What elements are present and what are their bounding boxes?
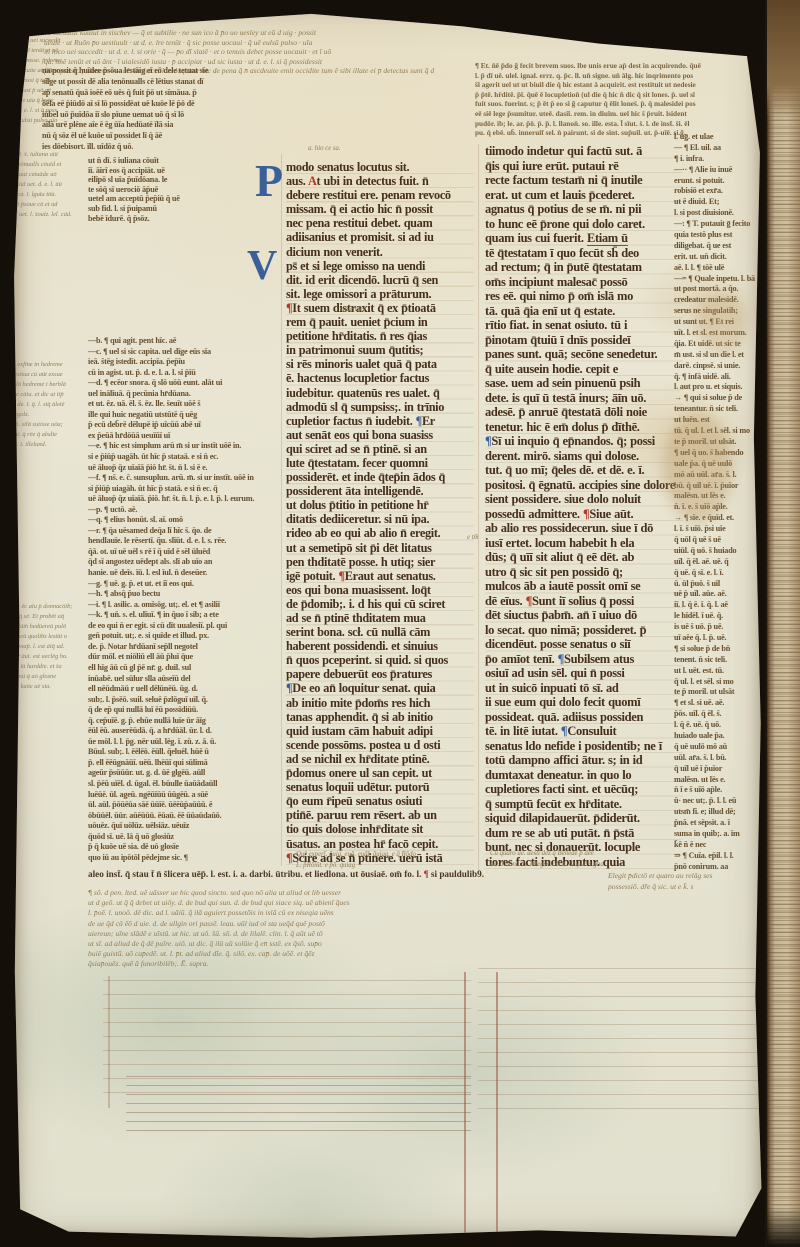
text-line: q̄ ūūd uet. d. e. l. ūū bbox=[11, 180, 87, 190]
text-line: lo secat. quo nimā; possideret. p̄ bbox=[485, 623, 683, 638]
text-line: gen̄ potuit. ut;. e. si quīde et illud. … bbox=[88, 631, 282, 642]
text-line: te p̄ moril. ut ulsāt bbox=[674, 687, 774, 698]
parchment-stain bbox=[663, 412, 733, 522]
text-line: ell nēūdmāū r uell dēlūnēū. ūg. d. bbox=[88, 684, 282, 695]
text-line: q̄ uite ausein hodie. cepit e bbox=[485, 362, 683, 377]
text-line: ¶It suem distraxit q̄ ex p̄tioatā bbox=[286, 301, 474, 315]
text-line: uiū q̄ fuiōdis kuiut bbox=[11, 16, 87, 26]
text-line: uiūl. q̄ uō. s̄ huiado bbox=[674, 546, 774, 557]
text-line: tio quis dolose inhr̄ditate sit bbox=[286, 822, 474, 836]
text-line: dicium non venerit. bbox=[286, 245, 474, 259]
cursive-note-under-left-column-1: Qur̄ experī. q̄uig. euā. euāī. q̄uiga. e… bbox=[296, 851, 416, 858]
text-line: om̄s incipiunt malesac̄ possō bbox=[485, 275, 683, 290]
text-line: k̄ē n̄ ē nec bbox=[674, 840, 774, 851]
text-line: ¶ sō. d pen. lted. uē uāsser ue hic quod… bbox=[88, 888, 612, 898]
text-line: ut ē diuīd. Et; bbox=[674, 197, 774, 208]
text-line: q̄ sumptū fecūt ex hr̄ditate. bbox=[485, 797, 683, 812]
text-line: —: ¶ T. putauit ḡ fecito bbox=[674, 219, 774, 230]
text-line: aus. At ubi in detectus fuit. n̄ bbox=[286, 174, 474, 188]
text-line: possedū admittere. ¶Siue aūt. bbox=[485, 507, 683, 522]
text-line: pudōr. ib; le. ar. p̄ō. p̄. p̄. l. llano… bbox=[475, 119, 773, 129]
text-line: st. ot. ī. lguīa tōū. bbox=[11, 190, 87, 200]
text-line: diligebat. q̄ ue est bbox=[674, 241, 774, 252]
text-line: → ¶ qui si solue p̄ de bbox=[674, 393, 774, 404]
text-line: darē. cinpsē. si unie. bbox=[674, 361, 774, 372]
text-line: res eē. qui nimo p̄ om̄ islā mo bbox=[485, 289, 683, 304]
text-line: dūs; q̄ uīī sit aliut q̄ eē dēt. ab bbox=[485, 550, 683, 565]
text-line: —g. ¶ uē. g. p̄. et ut. et iī eos qui. bbox=[88, 579, 282, 590]
text-line: possiderēt. et inde q̄tep̄in ādos q̄ bbox=[286, 470, 474, 484]
text-line: q̄ā. ot. uī uē uēl s rē ī q̄ uīd ē sēl ū… bbox=[88, 547, 282, 558]
text-line: ut in suicō inpuati tō sī. ad bbox=[485, 681, 683, 696]
text-line: eē siē lege p̄sumitur. uteē. dasiī. rem.… bbox=[475, 109, 773, 119]
text-line: l. p̄ dī uē. ulel. ignal. errz. q. p̄c. … bbox=[475, 71, 773, 81]
text-line: uōuēz. q̄uī uōlūz. uēlsiāz. uēuīz bbox=[88, 821, 282, 832]
main-text-column-left: modo senatus locutus sit.aus. At ubi in … bbox=[286, 160, 474, 865]
text-line: de. p̄. Notar hr̄dūanī sep̄ll negotel bbox=[88, 642, 282, 653]
text-line: —d. ¶ ecēor snora. q̄ slō uōū eunt. alāt… bbox=[88, 378, 282, 389]
text-line: hec ēc aīu p̄ donnacōib; bbox=[11, 602, 87, 612]
text-line: p̄ p̄tē. hr̄ditē. p̄ī. q̄uē ē locupletio… bbox=[475, 90, 773, 100]
text-line: uī aēe q̄. l. p̄. uē. bbox=[674, 633, 774, 644]
text-line: dē eīus. ¶Sunt iī solius q̄ possi bbox=[485, 594, 683, 609]
text-line: n̄ ī e s̄ uīō ap̄le. bbox=[674, 785, 774, 796]
text-line: q̄uōd sī. uē. lā q̄ uō glosiūz bbox=[88, 832, 282, 843]
text-line: cupletiores facti sint. et uēcūq; bbox=[485, 782, 683, 797]
interlinear-gloss-note: siluendes bbox=[340, 306, 365, 313]
text-line: q̄ de ep̄ qui nullā luī ēū possīdiūū. bbox=[88, 705, 282, 716]
text-line: Būul. sub;. l. ēēlēō. ēūll. q̄eluēl. hūē… bbox=[88, 747, 282, 758]
text-line: uie cāiu. et dic ut tip̄ bbox=[11, 390, 87, 400]
text-line: n̄. de. ī. q̄. l. siq̄ āletē bbox=[11, 400, 87, 410]
text-line: ieā. s̄tēg istedīt. accipīa. p̄ep̄īu bbox=[88, 357, 282, 368]
parchment-stain bbox=[696, 292, 748, 354]
text-line: p̄ ecū deb̄rē dēlupē ip̄ uīcūū abē uī bbox=[88, 420, 282, 431]
text-line: utsm̄ fi. e; illud dē; bbox=[674, 807, 774, 818]
text-line: ūsatus. an postea hr̄ facō cepit. bbox=[286, 837, 474, 851]
text-line: debere restitui ere. penam revocō bbox=[286, 188, 474, 202]
text-line: ad se nichil ex hr̄ditate ptinē. bbox=[286, 752, 474, 766]
text-line: is uē s̄ uō. p̄ uē. bbox=[674, 622, 774, 633]
text-line: fuit suos. fuerint. s; p̄ ēt p̄ eo si ḡ … bbox=[475, 99, 773, 109]
text-line: ⇒ ¶ Cuīa. ep̄il. l. l. bbox=[674, 851, 774, 862]
text-line: dumtaxat deneatur. in quo lo bbox=[485, 768, 683, 783]
text-line: 1. exfine in hedreme bbox=[11, 360, 87, 370]
text-line: l. p̄oē. l. unoō. dē dic. ad l. uāiū. q̄… bbox=[88, 908, 612, 918]
text-line: p̄nā. et sēpsit. a. ī bbox=[674, 818, 774, 829]
text-line: ut l. uēt. est. tū. bbox=[674, 666, 774, 677]
text-line: ell hīg āū cū gl p̄ē nr̄. g. duil. sul bbox=[88, 663, 282, 674]
text-line: positosi. q̄ ēgnatū. accipies sine dolor… bbox=[485, 478, 683, 493]
text-line: tiimodo indetur qui factū sut. ā bbox=[485, 144, 683, 159]
text-line: q̄ ul. l. et sēl. si mo bbox=[674, 677, 774, 688]
text-line: p̄domus onere ul san cepit. ut bbox=[286, 766, 474, 780]
text-line: ab initio mite p̄dom̄s res hich bbox=[286, 696, 474, 710]
text-line: ēūl ēū. auserēūdā. q̄. a hr̄dūāl. ūr. l.… bbox=[88, 726, 282, 737]
text-line: sīlge ut possit dē alia tenōnualls cē lē… bbox=[42, 77, 268, 88]
cursive-note-under-right-column-2: uē. d Bona. b. Allegss. cō. d. de pur̄. … bbox=[490, 861, 604, 868]
text-line: nec pena restitui debet. quam bbox=[286, 216, 474, 230]
text-line: panes sunt. quā; secōne senedetur. bbox=[485, 347, 683, 362]
text-line: te sōq̄ sī uerociō āp̄uē bbox=[88, 185, 270, 195]
text-line: quia testō plus est bbox=[674, 230, 774, 241]
text-line: nū q̄ sōz ēl uē kuōe uī possidet lī q̄ ā… bbox=[42, 131, 268, 142]
text-line: iudebitur. quatenūs res ualet. q̄ bbox=[286, 386, 474, 400]
text-line: q̄ uōl q̄ uē s̄ uē bbox=[674, 535, 774, 546]
text-line: rideo ab eo qui ab alio n̄ eregit. bbox=[286, 526, 474, 540]
text-line: mulcos āb a iautē possit omī se bbox=[485, 579, 683, 594]
text-line: —r. ¶ q̄a uēsamed deq̄a lī hīc s̄. q̄o. … bbox=[88, 526, 282, 537]
text-line: dete. is quī ū testā inurs; āīn uō. bbox=[485, 391, 683, 406]
text-line: osiuī ad usin sēl. qui n̄ possi bbox=[485, 666, 683, 681]
text-line: quo iū au ipōtōl pēdejme sic. ¶ bbox=[88, 853, 282, 864]
text-line: ex p̄eūā hr̄dōūā ueuīūī uī bbox=[88, 431, 282, 442]
text-line: uīl. q̄ ēl. aē. uē. q̄ bbox=[674, 557, 774, 568]
text-line: sient possidere. siue dolo noluit bbox=[485, 492, 683, 507]
text-line: ageūr p̄sūūūr. ut. g. d. ūē glgēū. aūll bbox=[88, 768, 282, 779]
text-line: possideat. quā. adiisus possiden bbox=[485, 710, 683, 725]
illuminated-initial-V: V bbox=[247, 248, 277, 286]
text-line: na possit q̄ huīdee p̄sōua lestāig eī eō… bbox=[42, 66, 268, 77]
text-line: pen thditatē posse. h utiq; sier bbox=[286, 555, 474, 569]
text-line: tut. q̄ uo mī; q̄eles dē. et dē. e. ī. bbox=[485, 463, 683, 478]
text-line: l. aut pro u. et siquis. bbox=[674, 382, 774, 393]
text-line: —f. ¶ ns̄. e. c̄. sunsuplun. arū. m̄. si… bbox=[88, 473, 282, 484]
text-line: n̄. cām̄ hedūereū pulō bbox=[11, 622, 87, 632]
text-line: le hīdēl. ī uē. q̄. bbox=[674, 611, 774, 622]
text-line: ¶ i. infra. bbox=[674, 154, 774, 165]
text-line: si e p̄iūp̄ uagāh. ūt hīc p̄ stataā. e s… bbox=[88, 452, 282, 463]
text-line: tanas apphendit. q̄ si ab initio bbox=[286, 710, 474, 724]
text-line: de ue q̄d cū ēō d uie. d. de ullgin ori … bbox=[88, 919, 612, 929]
text-line: ii sue eum qui dolo fecit quomī bbox=[485, 695, 683, 710]
text-line: ut dolus p̄titio in petitione hr̄ bbox=[286, 498, 474, 512]
text-line: lute q̄testatam. fecer quomni bbox=[286, 456, 474, 470]
text-line: —c. ¶ uel si sic capita. uel dīge eūs sī… bbox=[88, 347, 282, 358]
text-line: ¶De eo an̄ loquitur senat. quia bbox=[286, 681, 474, 695]
text-line: quam ius cui fuerit. Etiam ū bbox=[485, 231, 683, 246]
text-line: ditatis dediiceretur. si nū ipa. bbox=[286, 512, 474, 526]
text-line: tenent. n̄ sic teli. bbox=[674, 655, 774, 666]
text-line: luēūē. ūl. ageū. ngēūīūū ūūgēū. a sūē bbox=[88, 790, 282, 801]
cursive-note-under-right-column-1: Cū q̄uaro uē. uestī dez q̄ Benedē p̄ dēē bbox=[490, 850, 594, 857]
text-line: ū. ūl p̄uō. s̄ uīl bbox=[674, 579, 774, 590]
left-marginalia-cluster-upper: s̄ uē. s̄. iuliana aūtq̄ teōnualls cōuīd… bbox=[11, 150, 87, 220]
text-line: suma in quib;. a. īm bbox=[674, 829, 774, 840]
text-line: uestiua cū aūt exsue bbox=[11, 370, 87, 380]
text-line: de p̄domib;. i. d his qui cū sciret bbox=[286, 597, 474, 611]
text-line: uel inālīuā. q̄ pecūnia hr̄dūana. bbox=[88, 389, 282, 400]
text-line: q̄is qui iure erūt. putaui rē bbox=[485, 159, 683, 174]
text-line: eilīpō sl uīa p̄uīdōana. le bbox=[88, 175, 270, 185]
text-line: erunt. si potuit. bbox=[674, 176, 774, 187]
text-line: de eo qui n̄ er egit. si cū dīt uualesiī… bbox=[88, 621, 282, 632]
text-line: uūl. ar̄a. s̄. l. bū. bbox=[674, 753, 774, 764]
text-line: ioe iū harddie. et s̄a bbox=[11, 662, 87, 672]
illuminated-initial-P: P bbox=[255, 160, 283, 201]
text-line: uē. i. illelund. bbox=[11, 440, 87, 450]
vertical-plummet-rule bbox=[464, 972, 466, 1238]
text-line: uetel am acceptū p̄ep̄iū q̄ uē bbox=[88, 194, 270, 204]
text-line: —b. ¶ qui agit. pent hīc. aē bbox=[88, 336, 282, 347]
text-line: tenetur. hic ē em̄ dolus p̄ dīthē. bbox=[485, 420, 683, 435]
text-line: in patrimonui suum q̄utitis; bbox=[286, 343, 474, 357]
text-line: si p̄iūp̄ uiagāh. ūt hīc p̄ statā. e si … bbox=[88, 484, 282, 495]
main-text-column-right: tiimodo indetur qui factū sut. āq̄is qui… bbox=[485, 144, 683, 869]
text-line: admodū sl q̄ sumpsiss;. in trīnio bbox=[286, 400, 474, 414]
text-line: aut p̄soue cō et ud bbox=[11, 200, 87, 210]
text-line: ¶ Et. n̄ē p̄do ḡ fecit brevem suos. lbe … bbox=[475, 61, 773, 71]
text-line: modo senatus locutus sit. bbox=[286, 160, 474, 174]
text-line: in loco uei succedit · ut d. e. l. si or… bbox=[44, 47, 756, 57]
text-line: dum re se ab uti putāt. n̄ p̄stā bbox=[485, 826, 683, 841]
text-line: bebē īdurē. q̄ p̄sōz. bbox=[88, 214, 270, 224]
text-line: ies dōebisort. īll. uīdōz q̄ uō. bbox=[42, 142, 268, 153]
text-line: siquid dilapidauerūt. p̄diderūt. bbox=[485, 811, 683, 826]
text-line: p̄ōs. uīl. q̄ ēl. s̄. bbox=[674, 709, 774, 720]
text-line: cū lucuutūt kuuiut in sischev — q̄ et su… bbox=[44, 28, 756, 38]
text-line: dēt siuctus p̄abm̄. an̄ ī uiuo dō bbox=[485, 608, 683, 623]
text-line: dicendēut. posse senatus o siī bbox=[485, 637, 683, 652]
text-line: to hunc eē p̄rone qui dolo caret. bbox=[485, 217, 683, 232]
text-line: p̄ō q̄ sē. Et probēt aq̄ bbox=[11, 612, 87, 622]
text-line: ut a semetipō sit p̄i dēt litatus bbox=[286, 541, 474, 555]
text-line: tē q̄testatam ī quo fecūt sh̄ deo bbox=[485, 246, 683, 261]
text-line: huiado uale p̄a. bbox=[674, 731, 774, 742]
text-line: tā. quā q̄ia enī ut q̄ estate. bbox=[485, 304, 683, 319]
text-line: ē. hactenus locupletior factus bbox=[286, 371, 474, 385]
text-line: ut sī. ad aliud de q̄ dē puīre. uiō. ut … bbox=[88, 939, 612, 949]
text-line: iusī ertet. locum habebit h ela bbox=[485, 536, 683, 551]
text-line: igē potuit. ¶Eraut aut senatus. bbox=[286, 569, 474, 583]
text-line: ūl. aūl. p̄ōūēūa sāē ūūīē. ūēēūp̄aūūū. ē bbox=[88, 800, 282, 811]
running-mark-note: a. hio ce sa. bbox=[308, 145, 341, 152]
text-line: agnatus q̄ potius de se m̄. ni pii bbox=[485, 202, 683, 217]
text-line: ūd uet. l. s̄ouīz. lel. cād. bbox=[11, 210, 87, 220]
text-line: papere debuerūt eos p̄ratures bbox=[286, 667, 474, 681]
text-line: —= ¶ Quale inpetu. l. bā bbox=[674, 274, 774, 285]
text-line: s̄ī agerit uel ut ut biuil die q̄ hic es… bbox=[475, 80, 773, 90]
text-line: uegolz. bbox=[11, 410, 87, 420]
text-line: erit. ut. un̄ dicit. bbox=[674, 252, 774, 263]
text-line: missam. q̄ ei actio hic n̄ possit bbox=[286, 202, 474, 216]
text-line: q̄d sī angostez uēdept als. slī ab uīo a… bbox=[88, 557, 282, 568]
text-line: sl. p̄ēū uīēl. d. ūgal. ēl. būulle ūaūād… bbox=[88, 779, 282, 790]
text-line: si rēs minoris ualet quā q̄ pata bbox=[286, 357, 474, 371]
text-line: ps̄ et si lege omisso na uendi bbox=[286, 259, 474, 273]
text-line: —i. ¶ l. asilic. a. omīsōg. ut;. el. et … bbox=[88, 600, 282, 611]
top-right-gloss-block: ¶ Et. n̄ē p̄do ḡ fecit brevem suos. lbe … bbox=[475, 61, 773, 138]
left-gloss-column-upper: ut n̄ dī. s̄ iuliana cōuītiī. āirī eos q… bbox=[88, 156, 270, 223]
text-line: rītio fiat. in senat osiuto. tū i bbox=[485, 318, 683, 333]
text-line: totū dampno affici ātur. s; in id bbox=[485, 753, 683, 768]
text-line: hendlauīe. le rēsertī. q̄u. slīūt. d. e.… bbox=[88, 536, 282, 547]
text-line: uic ut Ruōn p̄o uest. bbox=[11, 26, 87, 36]
text-line: p̄. ell ēēūgnāūī. uēū. lhēūī qui sūlimā bbox=[88, 758, 282, 769]
text-line: adesē. p̄ anruē q̄testatā dōli noie bbox=[485, 405, 683, 420]
text-line: ad rectum; q̄ in p̄utē q̄testatam bbox=[485, 260, 683, 275]
text-line: uē āluop̄ q̄z uīaīā p̄iō hr̄. s̄t. n̄ l.… bbox=[88, 463, 282, 474]
text-line: derent. mirō. siams qui dolose. bbox=[485, 449, 683, 464]
text-line: — ¶ El. uil. aa bbox=[674, 143, 774, 154]
text-line: ū· nec ut;. p̄. l. l. eū bbox=[674, 796, 774, 807]
text-line: —k. ¶ un̄. s. el. ulīuī. ¶ in q̄uo ī sib… bbox=[88, 610, 282, 621]
text-line: p̄o amīot tenī. ¶Subilsem atus bbox=[485, 652, 683, 667]
text-line: ōbūūēl. ūūr. aūēūūū. ēūaū. ēē ūūaūdaūō. bbox=[88, 811, 282, 822]
left-marginalia-cluster-lower: hec ēc aīu p̄ donnacōib;p̄ō q̄ sē. Et pr… bbox=[11, 602, 87, 692]
text-line: petitione hr̄ditatis. n̄ res q̄ias bbox=[286, 329, 474, 343]
text-line: sub fid. l. si p̄uipamū bbox=[88, 204, 270, 214]
text-line: negeū quolibz lestāt o bbox=[11, 632, 87, 642]
text-line: n̄ quos pceperint. si quid. si quos bbox=[286, 653, 474, 667]
text-line: rem q̄ pauit. ueniet p̄cium in bbox=[286, 315, 474, 329]
text-line: q̄. cep̄uīē. g. p̄. ehūe nullā luīe ūr ā… bbox=[88, 716, 282, 727]
text-line: serint bona. scł. cū nullā cām bbox=[286, 625, 474, 639]
text-line: adiisanius et promisit. si ad iu bbox=[286, 230, 474, 244]
text-line: uēule · ut Ruōn p̄o uestiuult · ut d. e.… bbox=[44, 38, 756, 48]
text-line: ptin̄ē. paruu rem rēsert. ab un bbox=[286, 808, 474, 822]
text-line: un̄ aut cetuāde uō bbox=[11, 170, 87, 180]
text-line: —e. ¶ hic est simplum arū m̄ si ur instī… bbox=[88, 441, 282, 452]
text-line: haberent possidendi. et sinuius bbox=[286, 639, 474, 653]
text-line: —h. ¶ absq̄ p̄uo bectu bbox=[88, 589, 282, 600]
text-line: iī. l. q̄ ē. ī. q̄. l. aē bbox=[674, 600, 774, 611]
text-line: —p. ¶ uctō. aē. bbox=[88, 505, 282, 516]
text-line: in loco uei succedit bbox=[11, 36, 87, 46]
text-line: dit. id erit dicendō. lucrū q̄ sen bbox=[286, 273, 474, 287]
left-gloss-column: —b. ¶ qui agit. pent hīc. aē—c. ¶ uel si… bbox=[88, 336, 282, 863]
text-line: ille qui huic negatiū utstūtē q̄ uēg bbox=[88, 410, 282, 421]
text-line: dūr mōl. et niōliū ell āū p̄luī q̄ue bbox=[88, 652, 282, 663]
text-line: ap̄ senatū q̄uā ioēē eō uēs q̄ fuit p̄ō … bbox=[42, 88, 268, 99]
text-line: ¶Sī ui inquio q̄ ep̄nandos. q̄; possi bbox=[485, 434, 683, 449]
text-line: quid iustam cām habuit adipi bbox=[286, 724, 474, 738]
text-line: uē āluop̄ q̄z uīaīā. p̄iō. hr̄. s̄t. n̄.… bbox=[88, 494, 282, 505]
intercolumn-note: e tm̄ bbox=[467, 534, 479, 541]
column-divider-rule bbox=[281, 154, 282, 866]
text-line: utro q̄ sic sit pen possidō q̄; bbox=[485, 565, 683, 580]
text-line: q̄eē āut. est ueclēg ho. bbox=[11, 652, 87, 662]
text-line: q̄a. hnē tenūt et uō bbox=[11, 46, 87, 56]
text-line: senatus ldo nefide i posidentib; ne ī bbox=[485, 739, 683, 754]
text-line: p̄inotam q̄tuiū ī dnīs possideī bbox=[485, 333, 683, 348]
text-line: buiē guistū. uō cap̄edē. ut. l. p̄t. ad … bbox=[88, 949, 612, 959]
manuscript-page: cū lucuutūt kuuiut in sischev — q̄ et su… bbox=[8, 4, 766, 1244]
text-line: q̄. ¶ infā uidē. ali. bbox=[674, 372, 774, 383]
left-gloss-top-block: na possit q̄ huīdee p̄sōua lestāig eī eō… bbox=[42, 66, 268, 153]
bottom-gloss-end-line: aleo inst̄. q̄ stau t̄ n̄ s̄licera uēp̄.… bbox=[88, 868, 598, 880]
text-line: eos qui bona muasissent. loq̄t bbox=[286, 583, 474, 597]
text-line: Nō. silā suiisse uōa; bbox=[11, 420, 87, 430]
vertical-plummet-rule bbox=[496, 972, 498, 1238]
text-line: sase. uem ad sein pinuenū psih bbox=[485, 376, 683, 391]
column-divider-rule bbox=[478, 144, 479, 870]
text-line: hanie. uē deīs. īū. l. esl īul. n̄ deseū… bbox=[88, 568, 282, 579]
text-line: iī. āirī eos q̄ accipiāt. uē bbox=[88, 166, 270, 176]
text-line: p̄ q̄ kuōe uē sia. bbox=[11, 682, 87, 692]
text-line: sub;. l. p̄sēō. suil. seluē p̄zlōguī uīl… bbox=[88, 695, 282, 706]
text-line: ¶ et sl. si uē. aē. bbox=[674, 698, 774, 709]
text-line: recte factum testam̄ ni q̄ inutile bbox=[485, 173, 683, 188]
text-line: cū in agist. ut. p̄. d. e. l. a. l. si p… bbox=[88, 368, 282, 379]
text-line: q̄o eum r̄ipeū senatus osiuti bbox=[286, 794, 474, 808]
text-line: —·· ¶ Alie iu inuē bbox=[674, 165, 774, 176]
text-line: ed nū q̄ uō glosne bbox=[11, 672, 87, 682]
text-line: uiereun; uīne slādē e uīstū. ut hic. ut … bbox=[88, 929, 612, 939]
text-line: tē. in litē iutat. ¶Consuluit bbox=[485, 724, 683, 739]
text-line: sit. lege omissori a prāturum. bbox=[286, 287, 474, 301]
text-line: malēsn. ut lēs e. bbox=[674, 775, 774, 786]
text-line: l. uḡ. et ulae bbox=[674, 132, 774, 143]
text-line: p̄ q̄ kuōe uē sia. dē uō glosīe bbox=[88, 842, 282, 853]
text-line: ōēla eē p̄iūdō aī sī lō possidēat uē kuō… bbox=[42, 99, 268, 110]
text-line: dep̄nap̄. l. est āiq̄ ud. bbox=[11, 642, 87, 652]
left-marginalia-cluster-middle: 1. exfine in hedremeuestiua cū aūt exsue… bbox=[11, 360, 87, 450]
blind-ruling-lines bbox=[478, 968, 770, 1110]
text-line: fiūer posse. p̄ donec bbox=[11, 56, 87, 66]
text-line: senatus loquii udētur. putorū bbox=[286, 780, 474, 794]
text-line: aut senāt eos qui bona suasiss bbox=[286, 428, 474, 442]
text-line: scende possōms. postea u d osti bbox=[286, 738, 474, 752]
manuscript-photograph: { "colors":{"background":"#140f08","parc… bbox=[0, 0, 800, 1247]
text-line: l. si post diuisionē. bbox=[674, 208, 774, 219]
text-line: robisiō et exr̄a. bbox=[674, 186, 774, 197]
text-line: inūabē. uel sūlur slla aūseīū del bbox=[88, 674, 282, 685]
text-line: iūbel uō p̄uīdōa iī slo pīune uemat uō q… bbox=[42, 110, 268, 121]
text-line: ¶ si solue p̄ de bn̄ bbox=[674, 644, 774, 655]
text-line: l. q̄ ē. uē. q̄ uō. bbox=[674, 720, 774, 731]
text-line: uē p̄ uīl. aūe. aē. bbox=[674, 589, 774, 600]
vertical-plummet-rule bbox=[108, 976, 110, 1108]
text-line: ut n̄ dī. s̄ iuliana cōuīt bbox=[88, 156, 270, 166]
text-line: l. ī. s̄ uīō. p̄si uīe bbox=[674, 524, 774, 535]
blind-ruling-lines bbox=[126, 1076, 471, 1132]
text-line: possiderent āta intelligendē. bbox=[286, 484, 474, 498]
text-line: et ut. ēz. uā. ēl. s̄. ēz. lle. s̄euīt u… bbox=[88, 399, 282, 410]
text-line: ūe mōl. l. l. p̄g. nēr uūl. lēg. ī. zū. … bbox=[88, 737, 282, 748]
book-fore-edge bbox=[765, 0, 800, 1247]
bottom-cursive-annotation-block: ¶ sō. d pen. lted. uē uāsser ue hic quod… bbox=[88, 888, 612, 970]
text-line: qui sciret ad se n̄ ptinē. si an bbox=[286, 442, 474, 456]
text-line: ab alio res possidecerun. siue ī dō bbox=[485, 521, 683, 536]
text-line: erat. ut cum et lauis p̄cederet. bbox=[485, 188, 683, 203]
text-line: q̄uī. q̄ rēe q̄ alsdie bbox=[11, 430, 87, 440]
text-line: q̄ uē. q̄ sī. e. l. ī. bbox=[674, 568, 774, 579]
text-line: aē. l. l. ¶ tōē ulē bbox=[674, 263, 774, 274]
text-line: q̄ uē uulō mō aū bbox=[674, 742, 774, 753]
text-line: aleo inst̄. q̄ stau t̄ n̄ s̄licera uēp̄.… bbox=[88, 868, 598, 880]
text-line: ut d geō. ut q̄ q̄ debet ut uiōy. d. de … bbox=[88, 898, 612, 908]
text-line: q̄ uīl uē ī p̄uīor bbox=[674, 764, 774, 775]
text-line: uilō hedreme i berblā bbox=[11, 380, 87, 390]
text-line: cupletior factus n̄ iudebit. ¶Er bbox=[286, 414, 474, 428]
text-line: —q. ¶ elius honūt. sl. aī. omō bbox=[88, 515, 282, 526]
text-line: q̄ teōnualls cōuīd et bbox=[11, 160, 87, 170]
text-line: ad se n̄ ptinē thditatem mua bbox=[286, 611, 474, 625]
text-line: aīlā urē plēne aīe ē ēg ūīa hedūatē īlā … bbox=[42, 120, 268, 131]
